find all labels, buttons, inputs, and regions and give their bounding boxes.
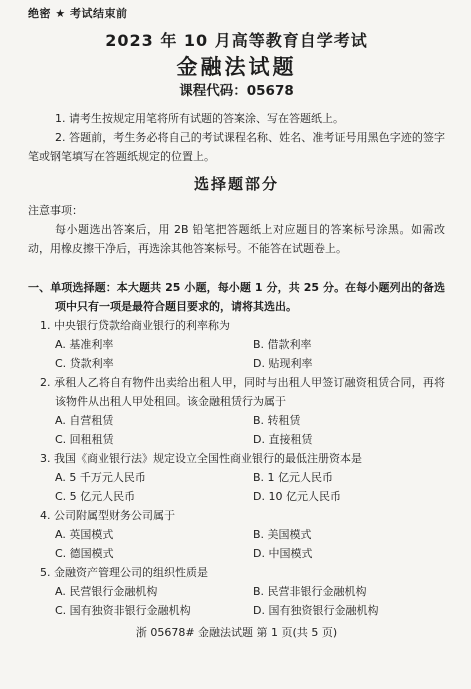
question-4-option-c: C. 德国模式 bbox=[55, 544, 253, 563]
question-3-option-b: B. 1 亿元人民币 bbox=[253, 468, 445, 487]
question-1-option-b: B. 借款利率 bbox=[253, 335, 445, 354]
exam-session-title: 2023 年 10 月高等教育自学考试 bbox=[28, 30, 445, 52]
question-4-option-b: B. 美国模式 bbox=[253, 525, 445, 544]
classification-banner: 绝密 ★ 考试结束前 bbox=[28, 6, 445, 21]
section-heading: 一、单项选择题：本大题共 25 小题，每小题 1 分，共 25 分。在每小题列出… bbox=[28, 278, 445, 316]
question-2-options: A. 自营租赁 B. 转租赁 C. 回租租赁 D. 直接租赁 bbox=[40, 411, 445, 449]
question-4-stem: 4. 公司附属型财务公司属于 bbox=[40, 506, 445, 525]
part-title: 选择题部分 bbox=[28, 173, 445, 195]
question-1: 1. 中央银行贷款给商业银行的利率称为 A. 基准利率 B. 借款利率 C. 贷… bbox=[40, 316, 445, 373]
page-footer: 浙 05678# 金融法试题 第 1 页(共 5 页) bbox=[28, 624, 445, 642]
course-code: 课程代码：05678 bbox=[28, 82, 445, 101]
question-3-option-d: D. 10 亿元人民币 bbox=[253, 487, 445, 506]
question-3-option-a: A. 5 千万元人民币 bbox=[55, 468, 253, 487]
instruction-2: 2. 答题前，考生务必将自己的考试课程名称、姓名、准考证号用黑色字迹的签字笔或钢… bbox=[28, 128, 445, 166]
question-5-option-a: A. 民营银行金融机构 bbox=[55, 582, 253, 601]
question-4: 4. 公司附属型财务公司属于 A. 英国模式 B. 美国模式 C. 德国模式 D… bbox=[40, 506, 445, 563]
question-2-option-d: D. 直接租赁 bbox=[253, 430, 445, 449]
question-1-stem: 1. 中央银行贷款给商业银行的利率称为 bbox=[40, 316, 445, 335]
question-1-option-a: A. 基准利率 bbox=[55, 335, 253, 354]
question-5-option-d: D. 国有独资银行金融机构 bbox=[253, 601, 445, 620]
question-2-option-b: B. 转租赁 bbox=[253, 411, 445, 430]
question-1-option-d: D. 贴现利率 bbox=[253, 354, 445, 373]
question-2-stem: 2. 承租人乙将自有物件出卖给出租人甲，同时与出租人甲签订融资租赁合同，再将该物… bbox=[40, 373, 445, 411]
question-1-options: A. 基准利率 B. 借款利率 C. 贷款利率 D. 贴现利率 bbox=[40, 335, 445, 373]
notes-label: 注意事项： bbox=[28, 201, 445, 220]
question-5: 5. 金融资产管理公司的组织性质是 A. 民营银行金融机构 B. 民营非银行金融… bbox=[40, 563, 445, 620]
question-2-option-c: C. 回租租赁 bbox=[55, 430, 253, 449]
question-3-stem: 3. 我国《商业银行法》规定设立全国性商业银行的最低注册资本是 bbox=[40, 449, 445, 468]
instruction-1: 1. 请考生按规定用笔将所有试题的答案涂、写在答题纸上。 bbox=[28, 109, 445, 128]
question-4-option-a: A. 英国模式 bbox=[55, 525, 253, 544]
question-1-option-c: C. 贷款利率 bbox=[55, 354, 253, 373]
question-4-options: A. 英国模式 B. 美国模式 C. 德国模式 D. 中国模式 bbox=[40, 525, 445, 563]
question-5-option-c: C. 国有独资非银行金融机构 bbox=[55, 601, 253, 620]
question-3: 3. 我国《商业银行法》规定设立全国性商业银行的最低注册资本是 A. 5 千万元… bbox=[40, 449, 445, 506]
exam-paper-page: 绝密 ★ 考试结束前 2023 年 10 月高等教育自学考试 金融法试题 课程代… bbox=[0, 0, 471, 689]
question-2: 2. 承租人乙将自有物件出卖给出租人甲，同时与出租人甲签订融资租赁合同，再将该物… bbox=[40, 373, 445, 449]
notes-body: 每小题选出答案后，用 2B 铅笔把答题纸上对应题目的答案标号涂黑。如需改动，用橡… bbox=[28, 220, 445, 258]
question-2-option-a: A. 自营租赁 bbox=[55, 411, 253, 430]
page-title: 金融法试题 bbox=[28, 52, 445, 82]
question-5-option-b: B. 民营非银行金融机构 bbox=[253, 582, 445, 601]
question-5-stem: 5. 金融资产管理公司的组织性质是 bbox=[40, 563, 445, 582]
question-5-options: A. 民营银行金融机构 B. 民营非银行金融机构 C. 国有独资非银行金融机构 … bbox=[40, 582, 445, 620]
question-4-option-d: D. 中国模式 bbox=[253, 544, 445, 563]
question-3-option-c: C. 5 亿元人民币 bbox=[55, 487, 253, 506]
question-3-options: A. 5 千万元人民币 B. 1 亿元人民币 C. 5 亿元人民币 D. 10 … bbox=[40, 468, 445, 506]
